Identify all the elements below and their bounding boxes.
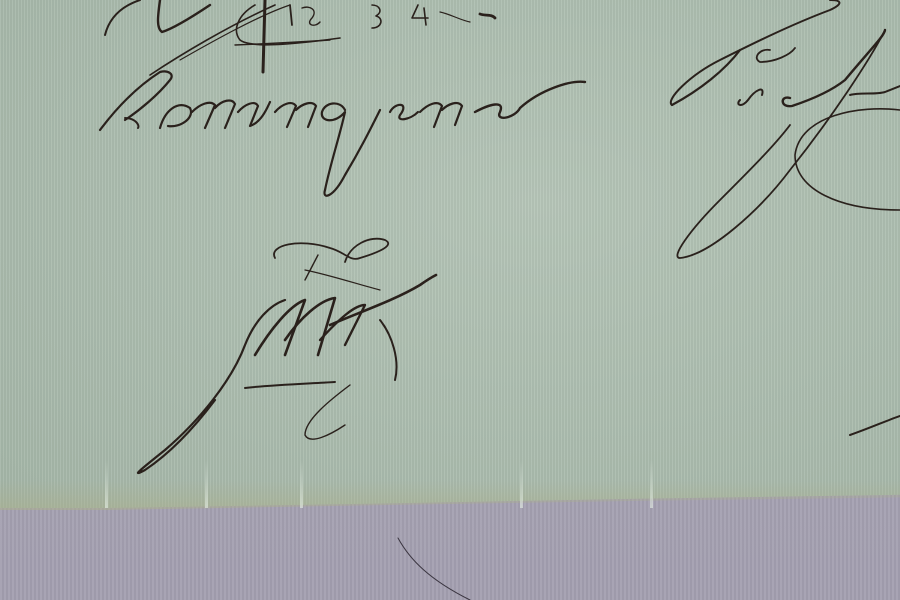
stray-ink-stroke <box>850 416 900 435</box>
handwriting-ink <box>0 0 900 600</box>
document-photo: 1834 Konungens Befa… Monogram signature <box>0 0 900 600</box>
word-konungens <box>100 71 585 195</box>
stray-hair <box>398 538 470 600</box>
word-befallning <box>671 0 900 258</box>
royal-signature <box>138 239 436 473</box>
